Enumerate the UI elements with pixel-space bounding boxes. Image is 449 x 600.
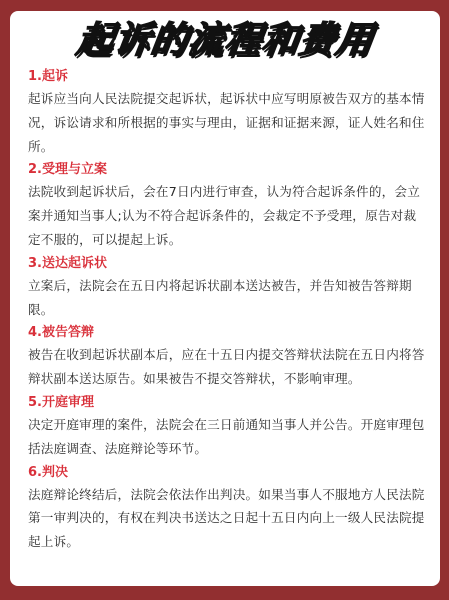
section-body: 起诉应当向人民法院提交起诉状，起诉状中应写明原被告双方的基本情况，诉讼请求和所根…	[28, 87, 428, 158]
section-heading: 1.起诉	[28, 67, 428, 87]
section-heading: 2.受理与立案	[28, 160, 428, 180]
content-card: 起诉的流程和费用 1.起诉 起诉应当向人民法院提交起诉状，起诉状中应写明原被告双…	[10, 11, 440, 586]
section-body: 立案后，法院会在五日内将起诉状副本送达被告，并告知被告答辩期限。	[28, 274, 428, 322]
section-body: 法院收到起诉状后，会在7日内进行审查，认为符合起诉条件的，会立案并通知当事人;认…	[28, 180, 428, 251]
section-acceptance: 2.受理与立案 法院收到起诉状后，会在7日内进行审查，认为符合起诉条件的，会立案…	[28, 160, 428, 251]
section-heading: 6.判决	[28, 463, 428, 483]
sections-list: 1.起诉 起诉应当向人民法院提交起诉状，起诉状中应写明原被告双方的基本情况，诉讼…	[28, 67, 428, 556]
section-trial: 5.开庭审理 决定开庭审理的案件，法院会在三日前通知当事人并公告。开庭审理包括法…	[28, 393, 428, 461]
section-heading: 3.送达起诉状	[28, 254, 428, 274]
section-body: 法庭辩论终结后，法院会依法作出判决。如果当事人不服地方人民法院第一审判决的，有权…	[28, 483, 428, 554]
section-heading: 4.被告答辩	[28, 323, 428, 343]
section-judgment: 6.判决 法庭辩论终结后，法院会依法作出判决。如果当事人不服地方人民法院第一审判…	[28, 463, 428, 554]
section-heading: 5.开庭审理	[28, 393, 428, 413]
section-body: 决定开庭审理的案件，法院会在三日前通知当事人并公告。开庭审理包括法庭调查、法庭辩…	[28, 413, 428, 461]
page-title: 起诉的流程和费用	[7, 19, 443, 63]
section-defense: 4.被告答辩 被告在收到起诉状副本后，应在十五日内提交答辩状法院在五日内将答辩状…	[28, 323, 428, 391]
section-filing: 1.起诉 起诉应当向人民法院提交起诉状，起诉状中应写明原被告双方的基本情况，诉讼…	[28, 67, 428, 158]
section-service: 3.送达起诉状 立案后，法院会在五日内将起诉状副本送达被告，并告知被告答辩期限。	[28, 254, 428, 322]
section-body: 被告在收到起诉状副本后，应在十五日内提交答辩状法院在五日内将答辩状副本送达原告。…	[28, 343, 428, 391]
